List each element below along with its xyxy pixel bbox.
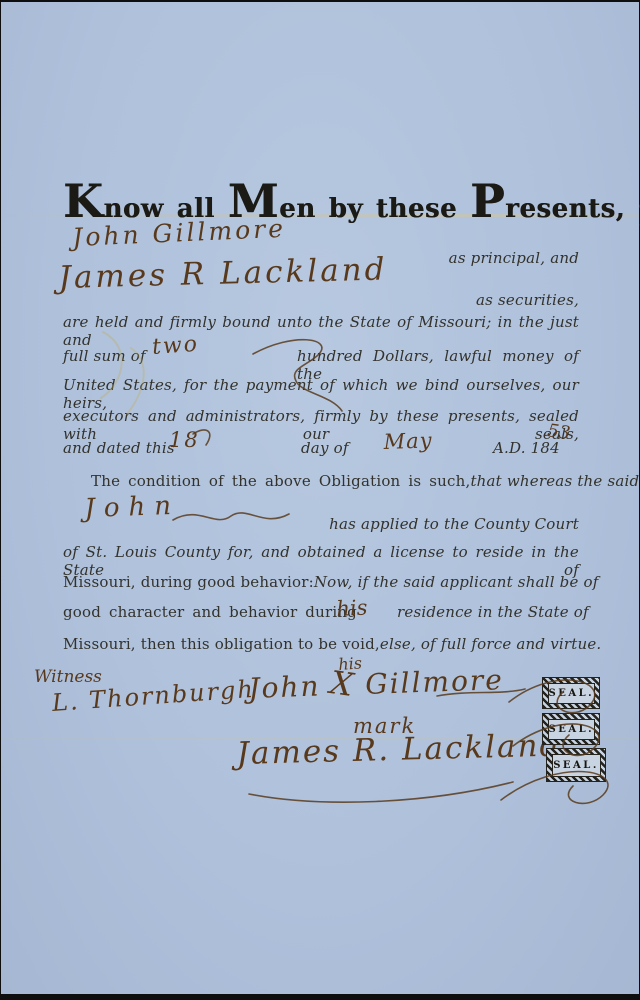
- principal-signature: John X Gillmore: [248, 659, 505, 706]
- condition-line-2: has applied to the County Court: [63, 515, 579, 533]
- month-handwritten: May: [383, 428, 433, 454]
- witness-label: Witness: [34, 667, 102, 687]
- sum-handwritten: two: [151, 332, 200, 360]
- security-label: as securities,: [63, 291, 579, 309]
- seal-label: SEAL.: [552, 754, 601, 777]
- condition-line-5-upright: good character and behavior during: [63, 603, 357, 621]
- condition-line-4: Missouri, during good behavior: Now, if …: [63, 573, 579, 591]
- pronoun-handwritten: his: [336, 595, 368, 621]
- condition-line-1-italic: that whereas the said: [470, 472, 639, 490]
- condition-line-5-italic: residence in the State of: [397, 603, 579, 621]
- body-line-4: executors and administrators, firmly by …: [63, 407, 579, 443]
- security-name-handwritten: James R Lackland: [58, 251, 388, 296]
- seal-stamp-3: SEAL.: [547, 749, 605, 781]
- seal-label: SEAL.: [548, 683, 596, 704]
- condition-line-6-upright: Missouri, then this obligation to be voi…: [63, 635, 380, 653]
- seal-stamp-1: SEAL.: [543, 678, 599, 708]
- seal-stamp-2: SEAL.: [543, 714, 599, 744]
- condition-line-4-italic: Now, if the said applicant shall be of: [314, 573, 599, 591]
- bond-form: KnowallMenbythesePresents, That We: John…: [1, 2, 639, 994]
- headline-word: these: [376, 194, 457, 224]
- headline-blackletter: KnowallMenbythesePresents,: [63, 182, 638, 224]
- principal-signature-last: Gillmore: [365, 663, 505, 701]
- day-handwritten: 18: [169, 428, 200, 452]
- dated-pre: and dated this: [63, 439, 175, 457]
- year-printed: A.D. 184: [493, 439, 560, 457]
- condition-line-4-upright: Missouri, during good behavior:: [63, 573, 314, 591]
- headline-initial-cap: K: [63, 174, 103, 228]
- x-mark: X: [328, 663, 358, 704]
- blue-paper-sheet: KnowallMenbythesePresents, That We: John…: [1, 2, 639, 994]
- condition-line-1-upright: The condition of the above Obligation is…: [91, 472, 470, 490]
- headline-word: by: [329, 194, 363, 224]
- body-line-1: are held and firmly bound unto the State…: [63, 313, 579, 349]
- headline-word: Presents,: [470, 182, 625, 224]
- headline-initial-cap: P: [470, 174, 505, 228]
- photographed-document: KnowallMenbythesePresents, That We: John…: [0, 0, 640, 1000]
- seal-label: SEAL.: [548, 719, 596, 740]
- condition-line-6-italic: else, of full force and virtue.: [380, 635, 601, 653]
- condition-line-6: Missouri, then this obligation to be voi…: [63, 635, 579, 653]
- headline-word: Know: [63, 182, 164, 224]
- security-signature: James R. Lackland: [236, 728, 562, 772]
- condition-line-1: The condition of the above Obligation is…: [63, 472, 579, 490]
- principal-signature-first: John: [248, 670, 321, 705]
- body-line-2-pre: full sum of: [63, 347, 146, 365]
- dated-mid: day of: [301, 439, 349, 457]
- year-handwritten-overwrite: 53: [546, 420, 572, 444]
